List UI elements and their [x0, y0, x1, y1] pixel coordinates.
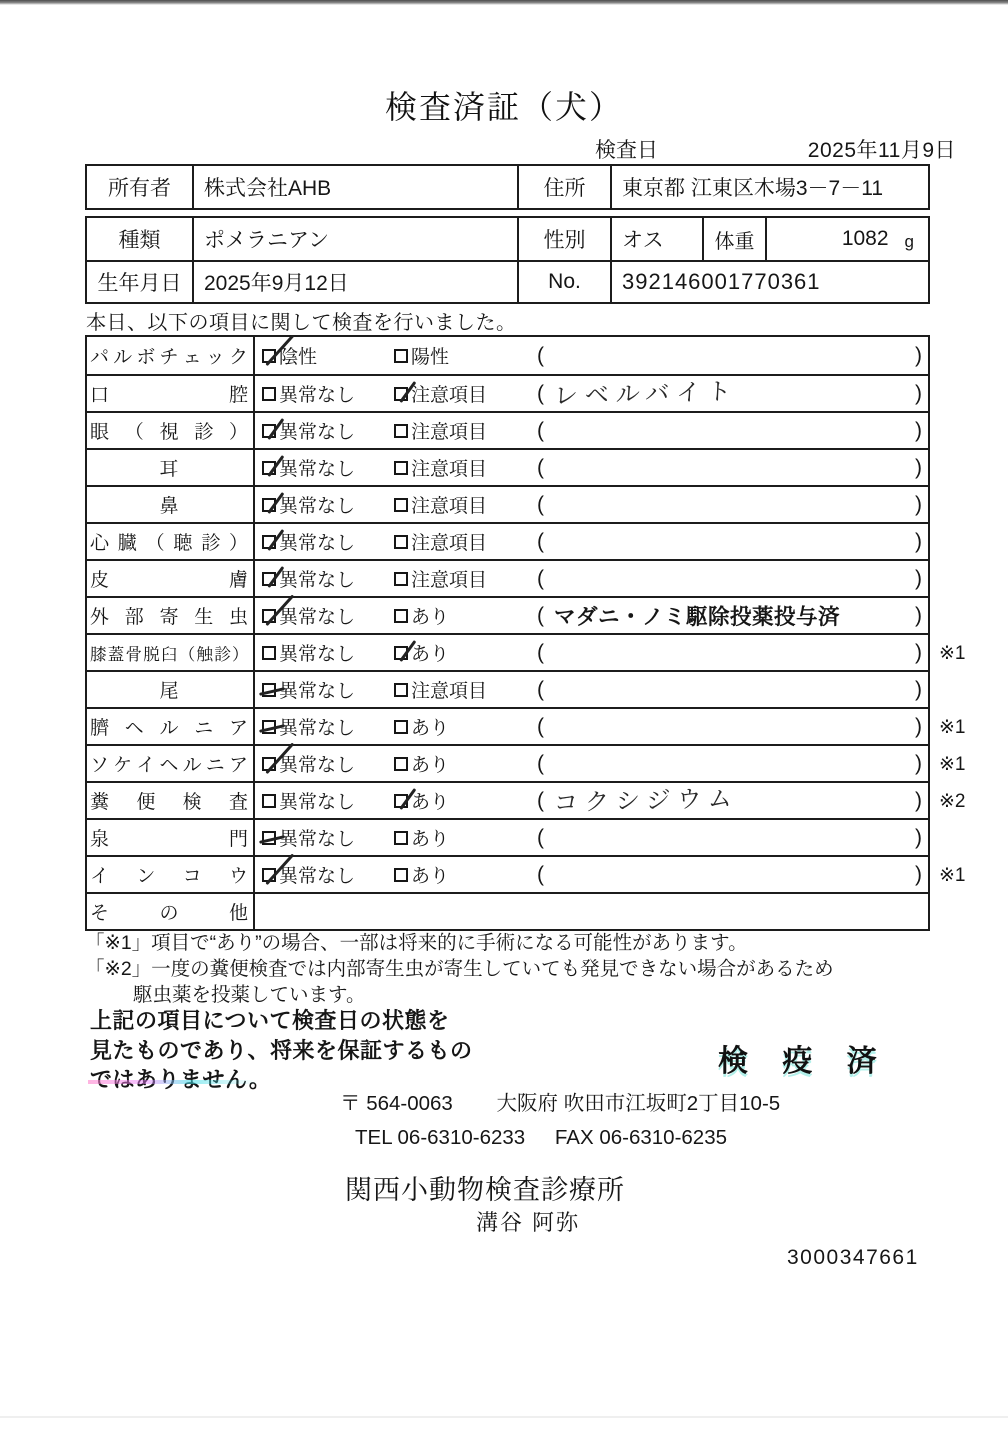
result-paren-field: () — [537, 678, 922, 702]
footnotes: 「※1」項目で“あり”の場合、一部は将来的に手術になる可能性があります。 「※2… — [85, 930, 834, 1008]
checkbox-option: 注意項目 — [394, 380, 532, 407]
exam-date-label: 検査日 — [595, 134, 658, 164]
checkbox-option-label: 異常なし — [279, 417, 355, 444]
exam-row-content: 異常なしあり() — [253, 820, 928, 855]
checkbox-option-label: あり — [411, 824, 449, 851]
checkbox-option-label: 異常なし — [279, 454, 355, 481]
clinic-name: 関西小動物検査診療所 — [345, 1168, 625, 1207]
checkbox-option: あり — [394, 639, 532, 666]
result-paren-field: () — [537, 419, 922, 443]
checkbox-option: あり — [394, 861, 532, 888]
paren-open: ( — [537, 826, 544, 850]
paren-open: ( — [537, 493, 544, 517]
checkbox-option: 異常なし — [262, 824, 394, 851]
exam-row-content: 異常なしあり() — [253, 635, 928, 670]
weight-value-cell: 1082 g — [765, 218, 928, 260]
owner-row: 所有者 株式会社AHB 住所 東京都 江東区木場3－7－11 — [87, 166, 928, 208]
exam-item-label: 泉門 — [87, 820, 253, 855]
checkbox-option-label: あり — [411, 713, 449, 740]
exam-row-content: 異常なし注意項目() — [253, 450, 928, 485]
checkbox-option-label: 注意項目 — [411, 417, 487, 444]
exam-item-label: 耳 — [87, 450, 253, 485]
exam-item-label: 糞便検査 — [87, 783, 253, 818]
checkbox-option-label: あり — [411, 861, 449, 888]
row-footnote-marker: ※1 — [939, 716, 966, 739]
checkbox-option-label: 注意項目 — [411, 380, 487, 407]
checkbox-option-label: 異常なし — [279, 380, 355, 407]
exam-row-content: 異常なしあり() — [253, 746, 928, 781]
empty-checkbox-icon — [394, 498, 408, 512]
exam-item-label: 膝蓋骨脱臼（触診） — [87, 635, 253, 670]
paren-open: ( — [537, 567, 544, 591]
result-paren-field: () — [537, 641, 922, 665]
empty-checkbox-icon — [394, 535, 408, 549]
birth-row: 生年月日 2025年9月12日 No. 392146001770361 — [87, 260, 928, 302]
checkbox-option-label: 異常なし — [279, 750, 355, 777]
checkbox-option-label: 注意項目 — [411, 676, 487, 703]
result-paren-field: () — [537, 493, 922, 517]
disclaimer: 上記の項目について検査日の状態を 見たものであり、将来を保証するもの ではありま… — [90, 1006, 473, 1095]
checkbox-option: 陽性 — [394, 342, 532, 369]
checkbox-option-label: 異常なし — [279, 602, 355, 629]
checked-checkbox-icon — [394, 646, 408, 660]
paren-open: ( — [537, 344, 544, 368]
paren-close: ) — [915, 419, 922, 443]
checkbox-option: 注意項目 — [394, 454, 532, 481]
exam-row-content: 異常なしあり() — [253, 857, 928, 892]
exam-row: 糞便検査異常なしあり(コクシジウム)※2 — [87, 781, 928, 818]
address-label: 住所 — [517, 166, 610, 208]
exam-row: 臍ヘルニア異常なしあり()※1 — [87, 707, 928, 744]
paren-close: ) — [915, 493, 922, 517]
result-paren-field: () — [537, 567, 922, 591]
exam-row-content: 異常なしあり(マダニ・ノミ駆除投薬投与済) — [253, 598, 928, 633]
checkbox-option: あり — [394, 787, 532, 814]
checkbox-option: あり — [394, 713, 532, 740]
exam-row: 心臓（聴診）異常なし注意項目() — [87, 522, 928, 559]
result-paren-field: (レベルバイト) — [537, 376, 922, 411]
paren-close: ) — [915, 604, 922, 628]
exam-item-label: ソケイヘルニア — [87, 746, 253, 781]
exam-item-label: 口腔 — [87, 376, 253, 411]
exam-item-label: 心臓（聴診） — [87, 524, 253, 559]
checkbox-option: 異常なし — [262, 454, 394, 481]
checked-checkbox-icon — [262, 683, 276, 697]
weight-value: 1082 — [842, 227, 889, 251]
clinic-tel: TEL 06-6310-6233 — [355, 1126, 525, 1149]
paren-close: ) — [915, 715, 922, 739]
checkbox-option: 異常なし — [262, 602, 394, 629]
exam-row: 眼（視診）異常なし注意項目() — [87, 411, 928, 448]
exam-row: 尾異常なし注意項目() — [87, 670, 928, 707]
result-paren-field: () — [537, 456, 922, 480]
checked-checkbox-icon — [262, 757, 276, 771]
birth-value: 2025年9月12日 — [192, 262, 517, 302]
exam-date-value: 2025年11月9日 — [808, 134, 956, 164]
exam-row-content: 異常なし注意項目(レベルバイト) — [253, 376, 928, 411]
paren-open: ( — [537, 678, 544, 702]
checked-checkbox-icon — [262, 572, 276, 586]
checkbox-option: 異常なし — [262, 861, 394, 888]
checkbox-option: 異常なし — [262, 787, 394, 814]
exam-row: ソケイヘルニア異常なしあり()※1 — [87, 744, 928, 781]
empty-checkbox-icon — [394, 349, 408, 363]
paren-close: ) — [915, 789, 922, 813]
exam-row-content: 異常なし注意項目() — [253, 672, 928, 707]
exam-item-label: 臍ヘルニア — [87, 709, 253, 744]
checkbox-option-label: 注意項目 — [411, 491, 487, 518]
paren-close: ) — [915, 826, 922, 850]
paren-open: ( — [537, 382, 544, 406]
exam-row: 皮膚異常なし注意項目() — [87, 559, 928, 596]
weight-unit: g — [905, 232, 914, 252]
checkbox-option-label: 異常なし — [279, 787, 355, 814]
footnote-1: 「※1」項目で“あり”の場合、一部は将来的に手術になる可能性があります。 — [85, 930, 834, 956]
handwritten-result-text: コクシジウム — [553, 778, 740, 818]
checkbox-option-label: 異常なし — [279, 676, 355, 703]
checkbox-option: 注意項目 — [394, 417, 532, 444]
checkbox-option: 異常なし — [262, 713, 394, 740]
checkbox-option: 異常なし — [262, 528, 394, 555]
exam-row: 口腔異常なし注意項目(レベルバイト) — [87, 374, 928, 411]
exam-item-label: インコウ — [87, 857, 253, 892]
checkbox-option: 異常なし — [262, 676, 394, 703]
owner-label: 所有者 — [87, 166, 192, 208]
exam-item-label: 眼（視診） — [87, 413, 253, 448]
checkbox-option-label: 異常なし — [279, 491, 355, 518]
checkbox-option: あり — [394, 602, 532, 629]
empty-checkbox-icon — [394, 868, 408, 882]
empty-checkbox-icon — [394, 831, 408, 845]
row-footnote-marker: ※1 — [939, 753, 966, 776]
disclaimer-line-3: ではありません。 — [90, 1065, 271, 1095]
exam-item-label: パルボチェック — [87, 337, 253, 374]
paren-open: ( — [537, 530, 544, 554]
checkbox-option: 異常なし — [262, 380, 394, 407]
exam-row-content: 異常なし注意項目() — [253, 561, 928, 596]
serial-number: 3000347661 — [787, 1246, 919, 1270]
exam-item-label: 外部寄生虫 — [87, 598, 253, 633]
result-text: マダニ・ノミ駆除投薬投与済 — [554, 600, 840, 631]
checkbox-option-label: 異常なし — [279, 713, 355, 740]
checked-checkbox-icon — [262, 461, 276, 475]
checkbox-option: 異常なし — [262, 417, 394, 444]
scan-edge-artifact — [0, 0, 1008, 5]
result-paren-field: () — [537, 752, 922, 776]
exam-row-content: 異常なしあり(コクシジウム) — [253, 783, 928, 818]
exam-row: パルボチェック陰性陽性() — [87, 337, 928, 374]
exam-row-content — [253, 894, 928, 929]
veterinarian-name: 溝谷 阿弥 — [476, 1206, 580, 1237]
checkbox-option: 注意項目 — [394, 491, 532, 518]
clinic-fax: FAX 06-6310-6235 — [555, 1126, 727, 1149]
empty-checkbox-icon — [262, 387, 276, 401]
scanned-certificate-page: 検査済証（犬） 検査日 2025年11月9日 所有者 株式会社AHB 住所 東京… — [0, 0, 1008, 1433]
no-label: No. — [517, 262, 610, 302]
weight-label: 体重 — [702, 218, 765, 260]
paren-open: ( — [537, 456, 544, 480]
exam-item-label: 鼻 — [87, 487, 253, 522]
checkbox-option: 異常なし — [262, 639, 394, 666]
exam-date-row: 検査日 2025年11月9日 — [0, 134, 1008, 160]
empty-checkbox-icon — [394, 720, 408, 734]
checkbox-option-label: 陽性 — [411, 342, 449, 369]
checkbox-option-label: 注意項目 — [411, 454, 487, 481]
postal-code: 〒 564-0063 — [340, 1092, 453, 1115]
checked-checkbox-icon — [262, 868, 276, 882]
paren-close: ) — [915, 678, 922, 702]
checkbox-option-label: 異常なし — [279, 528, 355, 555]
disclaimer-line-2: 見たものであり、将来を保証するもの — [90, 1036, 473, 1066]
exam-row: その他 — [87, 892, 928, 929]
scan-edge-artifact-bottom — [0, 1416, 1008, 1418]
checked-checkbox-icon — [262, 424, 276, 438]
exam-row: 鼻異常なし注意項目() — [87, 485, 928, 522]
exam-row: 外部寄生虫異常なしあり(マダニ・ノミ駆除投薬投与済) — [87, 596, 928, 633]
sex-label: 性別 — [517, 218, 610, 260]
checked-checkbox-icon — [262, 831, 276, 845]
paren-close: ) — [915, 641, 922, 665]
paren-open: ( — [537, 641, 544, 665]
checked-checkbox-icon — [262, 720, 276, 734]
result-paren-field: () — [537, 863, 922, 887]
clinic-address: 大阪府 吹田市江坂町2丁目10-5 — [497, 1092, 781, 1115]
empty-checkbox-icon — [394, 757, 408, 771]
breed-value: ポメラニアン — [192, 218, 517, 260]
exam-item-label: 尾 — [87, 672, 253, 707]
footnote-2: 「※2」一度の糞便検査では内部寄生虫が寄生していても発見できない場合があるため — [85, 956, 834, 982]
checkbox-option: 異常なし — [262, 565, 394, 592]
no-value: 392146001770361 — [610, 262, 928, 302]
checked-checkbox-icon — [394, 794, 408, 808]
paren-open: ( — [537, 715, 544, 739]
checkbox-option-label: 異常なし — [279, 565, 355, 592]
paren-open: ( — [537, 752, 544, 776]
clinic-tel-line: TEL 06-6310-6233 FAX 06-6310-6235 — [355, 1126, 727, 1150]
result-paren-field: () — [537, 715, 922, 739]
breed-row: 種類 ポメラニアン 性別 オス 体重 1082 g — [87, 218, 928, 260]
checkbox-option: 異常なし — [262, 491, 394, 518]
row-footnote-marker: ※1 — [939, 864, 966, 887]
paren-open: ( — [537, 419, 544, 443]
checkbox-option: 注意項目 — [394, 528, 532, 555]
certificate-title: 検査済証（犬） — [0, 82, 1008, 128]
checked-checkbox-icon — [394, 387, 408, 401]
clinic-postal-line: 〒 564-0063 大阪府 吹田市江坂町2丁目10-5 — [340, 1086, 780, 1116]
checkbox-option-label: あり — [411, 787, 449, 814]
exam-row-content: 陰性陽性() — [253, 337, 928, 374]
paren-close: ) — [915, 567, 922, 591]
birth-label: 生年月日 — [87, 262, 192, 302]
empty-checkbox-icon — [394, 609, 408, 623]
handwritten-result-text: レベルバイト — [553, 371, 739, 411]
sex-value: オス — [610, 218, 702, 260]
checked-checkbox-icon — [262, 535, 276, 549]
paren-close: ) — [915, 752, 922, 776]
checkbox-option-label: あり — [411, 602, 449, 629]
breed-label: 種類 — [87, 218, 192, 260]
exam-row: インコウ異常なしあり()※1 — [87, 855, 928, 892]
paren-open: ( — [537, 604, 544, 628]
result-paren-field: () — [537, 530, 922, 554]
quarantine-passed-stamp: 検 疫 済 — [718, 1036, 890, 1080]
intro-text: 本日、以下の項目に関して検査を行いました。 — [86, 306, 517, 335]
paren-open: ( — [537, 863, 544, 887]
result-paren-field: (マダニ・ノミ駆除投薬投与済) — [537, 600, 922, 631]
checkbox-option-label: あり — [411, 639, 449, 666]
empty-checkbox-icon — [394, 572, 408, 586]
pet-table: 種類 ポメラニアン 性別 オス 体重 1082 g 生年月日 2025年9月12… — [85, 216, 930, 304]
empty-checkbox-icon — [262, 794, 276, 808]
owner-value: 株式会社AHB — [192, 166, 517, 208]
checkbox-option-label: 異常なし — [279, 824, 355, 851]
footnote-2-cont: 駆虫薬を投薬しています。 — [85, 982, 834, 1008]
paren-close: ) — [915, 456, 922, 480]
result-paren-field: () — [537, 826, 922, 850]
row-footnote-marker: ※2 — [939, 790, 966, 813]
empty-checkbox-icon — [394, 461, 408, 475]
owner-table: 所有者 株式会社AHB 住所 東京都 江東区木場3－7－11 — [85, 164, 930, 210]
exam-row: 耳異常なし注意項目() — [87, 448, 928, 485]
checkbox-option: 異常なし — [262, 750, 394, 777]
empty-checkbox-icon — [394, 424, 408, 438]
checked-checkbox-icon — [262, 609, 276, 623]
exam-checklist-table: パルボチェック陰性陽性()口腔異常なし注意項目(レベルバイト)眼（視診）異常なし… — [85, 335, 930, 931]
checkbox-option-label: 注意項目 — [411, 565, 487, 592]
exam-row-content: 異常なし注意項目() — [253, 524, 928, 559]
paren-close: ) — [915, 344, 922, 368]
paren-close: ) — [915, 863, 922, 887]
checkbox-option-label: 注意項目 — [411, 528, 487, 555]
disclaimer-line-1: 上記の項目について検査日の状態を — [90, 1006, 473, 1036]
exam-row-content: 異常なし注意項目() — [253, 487, 928, 522]
exam-row: 膝蓋骨脱臼（触診）異常なしあり()※1 — [87, 633, 928, 670]
address-value: 東京都 江東区木場3－7－11 — [610, 166, 928, 208]
checkbox-option: 陰性 — [262, 342, 394, 369]
checkbox-option-label: 異常なし — [279, 861, 355, 888]
checkbox-option: あり — [394, 824, 532, 851]
exam-item-label: 皮膚 — [87, 561, 253, 596]
checked-checkbox-icon — [262, 498, 276, 512]
checkbox-option: 注意項目 — [394, 565, 532, 592]
empty-checkbox-icon — [394, 683, 408, 697]
row-footnote-marker: ※1 — [939, 642, 966, 665]
checkbox-option: あり — [394, 750, 532, 777]
exam-item-label: その他 — [87, 894, 253, 929]
checked-checkbox-icon — [262, 349, 276, 363]
checkbox-option-label: あり — [411, 750, 449, 777]
checkbox-option: 注意項目 — [394, 676, 532, 703]
exam-row-content: 異常なしあり() — [253, 709, 928, 744]
result-paren-field: () — [537, 344, 922, 368]
checkbox-option-label: 異常なし — [279, 639, 355, 666]
paren-close: ) — [915, 530, 922, 554]
paren-open: ( — [537, 789, 544, 813]
exam-row-content: 異常なし注意項目() — [253, 413, 928, 448]
exam-row: 泉門異常なしあり() — [87, 818, 928, 855]
paren-close: ) — [915, 382, 922, 406]
empty-checkbox-icon — [262, 646, 276, 660]
result-paren-field: (コクシジウム) — [537, 783, 922, 818]
